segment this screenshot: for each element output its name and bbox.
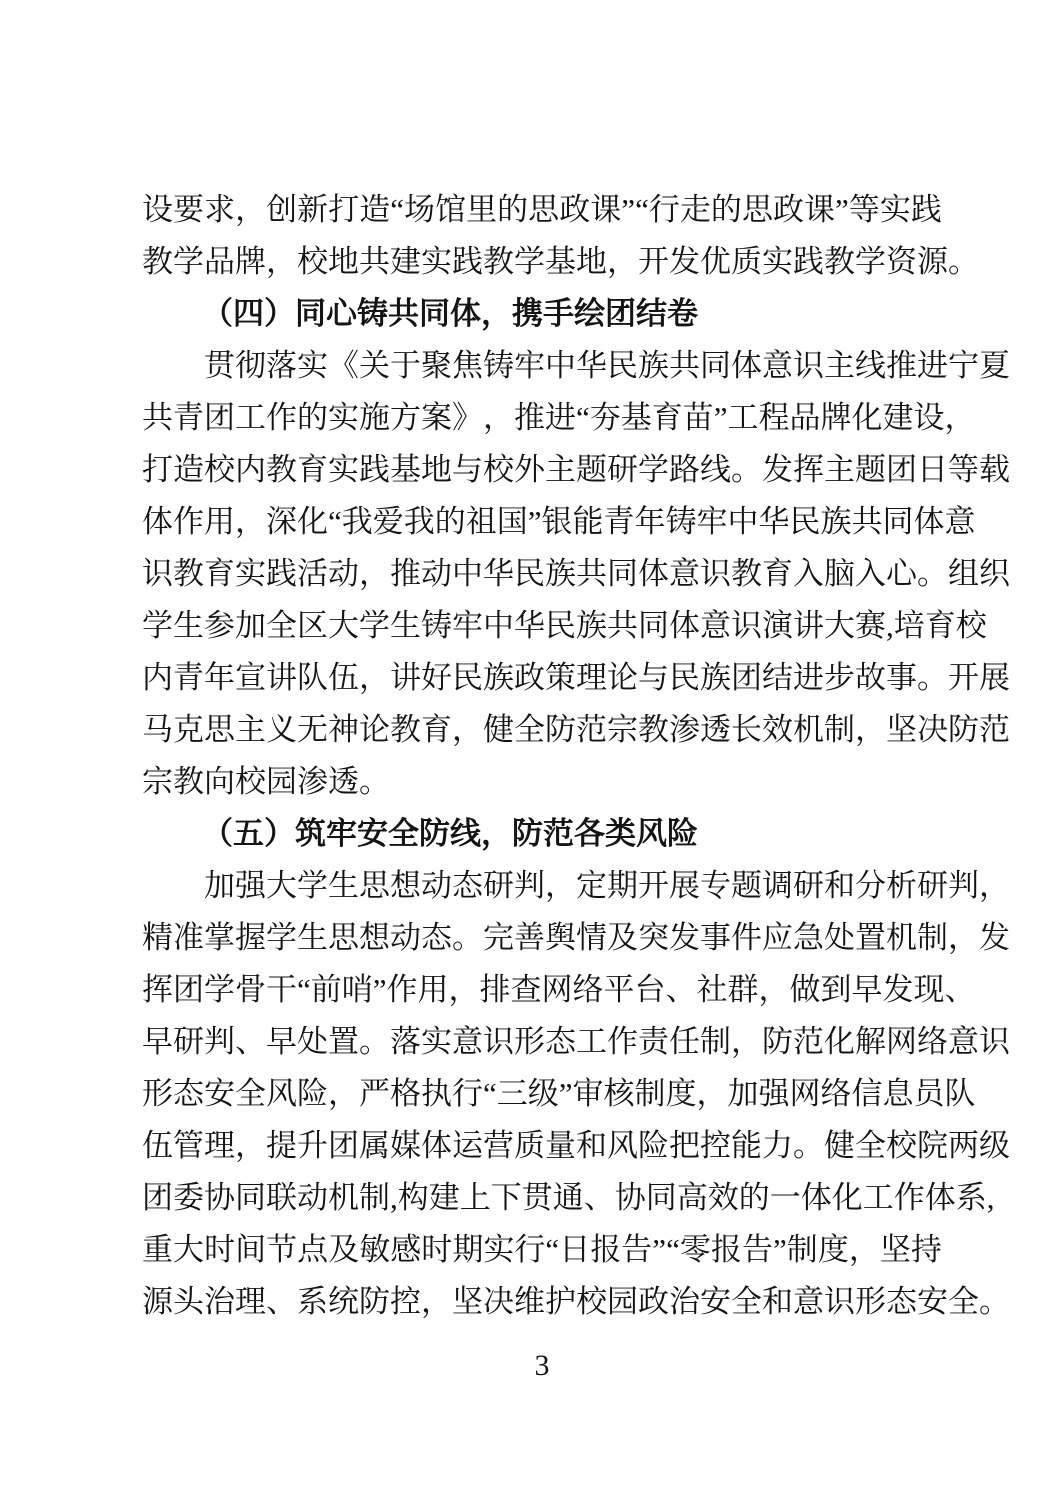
text-line: 体作用，深化“我爱我的祖国”银能青年铸牢中华民族共同体意 xyxy=(142,496,942,548)
page-number: 3 xyxy=(142,1340,942,1392)
text-line: 学生参加全区大学生铸牢中华民族共同体意识演讲大赛,培育校 xyxy=(142,600,942,652)
text-line: 内青年宣讲队伍，讲好民族政策理论与民族团结进步故事。开展 xyxy=(142,652,942,704)
section-heading-4: （四）同心铸共同体，携手绘团结卷 xyxy=(142,288,942,340)
text-line: 教学品牌，校地共建实践教学基地，开发优质实践教学资源。 xyxy=(142,236,942,288)
text-line: 精准掌握学生思想动态。完善舆情及突发事件应急处置机制，发 xyxy=(142,912,942,964)
text-block: 设要求，创新打造“场馆里的思政课”“行走的思政课”等实践 教学品牌，校地共建实践… xyxy=(142,184,942,1392)
text-line: 早研判、早处置。落实意识形态工作责任制，防范化解网络意识 xyxy=(142,1016,942,1068)
text-line: 识教育实践活动，推动中华民族共同体意识教育入脑入心。组织 xyxy=(142,548,942,600)
text-line: 宗教向校园渗透。 xyxy=(142,756,942,808)
text-line: 共青团工作的实施方案》，推进“夯基育苗”工程品牌化建设， xyxy=(142,392,942,444)
text-line: 团委协同联动机制,构建上下贯通、协同高效的一体化工作体系, xyxy=(142,1172,942,1224)
text-line: 挥团学骨干“前哨”作用，排查网络平台、社群，做到早发现、 xyxy=(142,964,942,1016)
text-line: 形态安全风险，严格执行“三级”审核制度，加强网络信息员队 xyxy=(142,1068,942,1120)
text-line: 打造校内教育实践基地与校外主题研学路线。发挥主题团日等载 xyxy=(142,444,942,496)
document-page: 设要求，创新打造“场馆里的思政课”“行走的思政课”等实践 教学品牌，校地共建实践… xyxy=(0,0,1052,1500)
text-line: 源头治理、系统防控，坚决维护校园政治安全和意识形态安全。 xyxy=(142,1276,942,1328)
text-line: 加强大学生思想动态研判，定期开展专题调研和分析研判， xyxy=(142,860,942,912)
text-line: 重大时间节点及敏感时期实行“日报告”“零报告”制度，坚持 xyxy=(142,1224,942,1276)
section-heading-5: （五）筑牢安全防线，防范各类风险 xyxy=(142,808,942,860)
text-line: 设要求，创新打造“场馆里的思政课”“行走的思政课”等实践 xyxy=(142,184,942,236)
text-line: 马克思主义无神论教育，健全防范宗教渗透长效机制，坚决防范 xyxy=(142,704,942,756)
text-line: 贯彻落实《关于聚焦铸牢中华民族共同体意识主线推进宁夏 xyxy=(142,340,942,392)
text-line: 伍管理，提升团属媒体运营质量和风险把控能力。健全校院两级 xyxy=(142,1120,942,1172)
